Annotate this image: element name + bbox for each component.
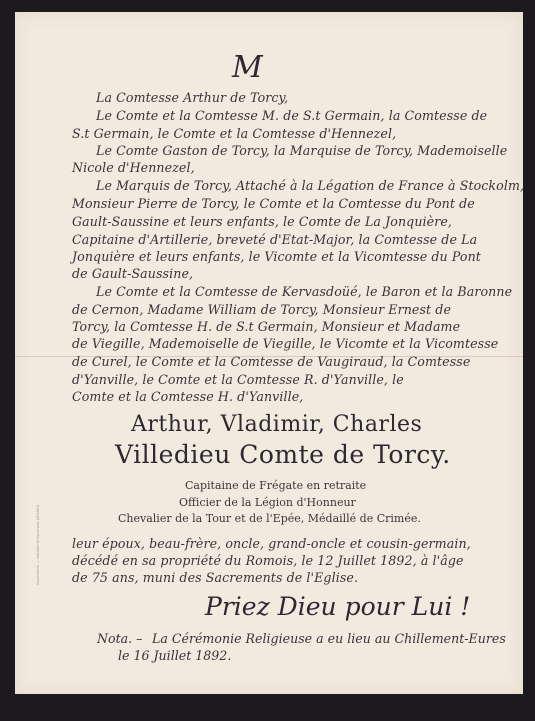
honour-line: Officier de la Légion d'Honneur [179,496,356,509]
deceased-given-names: Arthur, Vladimir, Charles [131,412,422,437]
family-line: Monsieur Pierre de Torcy, le Comte et la… [72,194,475,214]
family-line: de Curel, le Comte et la Comtesse de Vau… [72,352,470,372]
family-line: Gault-Saussine et leurs enfants, le Comt… [72,212,452,232]
honour-line: Capitaine de Frégate en retraite [185,479,366,492]
printer-mark: Imprimerie — mention d'imprimeur (illisi… [36,395,44,585]
family-line: Comte et la Comtesse H. d'Yanville, [72,387,303,407]
death-line: de 75 ans, muni des Sacrements de l'Egli… [72,568,358,588]
family-line: Le Comte et la Comtesse M. de S.t Germai… [96,106,487,126]
nota-line-2: le 16 Juillet 1892. [118,648,231,663]
nota-label: Nota. – [97,631,142,646]
family-line: de Gault-Saussine, [72,264,193,284]
nota-line-1: La Cérémonie Religieuse a eu lieu au Chi… [152,631,506,646]
deceased-full-title: Villedieu Comte de Torcy. [115,440,451,469]
family-line: Nicole d'Hennezel, [72,158,195,178]
family-line: Le Comte et la Comtesse de Kervasdoüé, l… [96,282,512,302]
family-line: Le Marquis de Torcy, Attaché à la Légati… [96,176,524,196]
monogram: M [232,50,263,85]
prayer-line: Priez Dieu pour Lui ! [205,592,470,621]
family-line: La Comtesse Arthur de Torcy, [96,88,288,108]
family-line: de Viegille, Mademoiselle de Viegille, l… [72,334,498,354]
honour-line: Chevalier de la Tour et de l'Epée, Médai… [118,512,421,525]
